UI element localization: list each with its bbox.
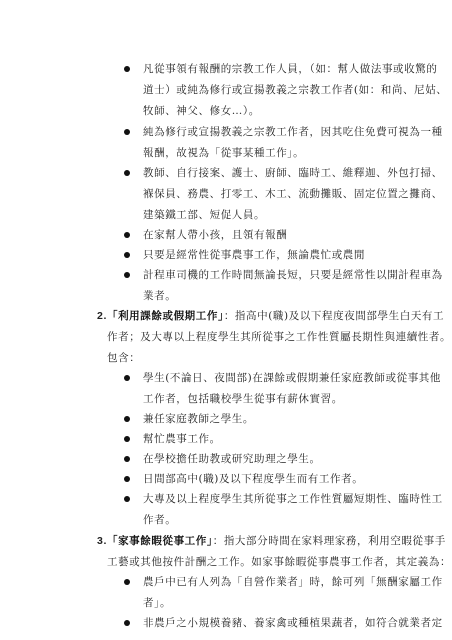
section-desc-line: 包含：	[107, 351, 140, 365]
list-item-line: 在學校擔任助教或研究助理之學生。	[143, 452, 321, 466]
list-item-line: 凡從事領有報酬的宗教工作人員，（如：幫人做法事或收驚的	[143, 62, 437, 76]
list-item-line: 兼任家庭教師之學生。	[143, 412, 254, 426]
list-item-line: 計程車司機的工作時間無論長短，只要是經常性以開計程車為	[143, 268, 443, 282]
bullet-icon	[124, 416, 130, 422]
section3-heading-line: 3.「家事餘暇從事工作」：指大部分時間在家料理家務，利用空暇從事手	[97, 534, 446, 548]
section-number: 2.	[97, 310, 107, 322]
list-item-line: 非農戶之小規模養豬、養家禽或種植果蔬者，如符合就業者定	[143, 616, 443, 630]
bullet-icon	[124, 129, 130, 135]
list-item-line: 牧師、神父、修女…）。	[143, 104, 260, 118]
list-item-line: 學生(不論日、夜間部)在課餘或假期兼任家庭教師或從事其他	[143, 371, 441, 385]
list-item-line: 業者。	[143, 289, 176, 303]
list-item-line: 者」。	[143, 596, 171, 610]
list-item-line: 農戶中已有人列為「自營作業者」時，餘可列「無酬家屬工作	[143, 575, 443, 589]
list-item-line: 道士）或純為修行或宣揚教義之宗教工作者(如：和尚、尼姑、	[143, 83, 447, 97]
section-title: 「利用課餘或假期工作」	[107, 310, 224, 322]
section-number: 3.	[97, 535, 107, 547]
bullet-icon	[124, 456, 130, 462]
bullet-icon	[124, 436, 130, 442]
list-item-line: 報酬，故視為「從事某種工作」。	[143, 146, 304, 160]
list-item-line: 建築鐵工部、短促人員。	[143, 208, 265, 222]
list-item-line: 工作者，包括職校學生從事有薪休實習。	[143, 392, 343, 406]
bullet-icon	[124, 252, 130, 258]
list-item-line: 教師、自行接案、護士、廚師、臨時工、維釋迦、外包打掃、	[143, 166, 443, 180]
bullet-icon	[124, 375, 130, 381]
list-item-line: 日間部高中(職)及以下程度學生而有工作者。	[143, 472, 363, 486]
section-desc: ：指高中(職)及以下程度夜間部學生白天有工	[224, 310, 444, 322]
section-desc: ：指大部分時間在家料理家務，利用空暇從事手	[213, 535, 446, 547]
list-item-line: 純為修行或宣揚教義之宗教工作者，因其吃住免費可視為一種	[143, 125, 443, 139]
bullet-icon	[124, 66, 130, 72]
list-item-line: 褓保員、務農、打零工、木工、流動攤販、固定位置之攤商、	[143, 187, 443, 201]
bullet-icon	[124, 496, 130, 502]
list-item-line: 在家幫人帶小孩，且領有報酬	[143, 228, 287, 242]
bullet-icon	[124, 232, 130, 238]
bullet-icon	[124, 476, 130, 482]
list-item-line: 只要是經常性從事農事工作，無論農忙或農閒	[143, 248, 365, 262]
section-desc-line: 工藝或其他按件計酬之工作。如家事餘暇從事農事工作者，其定義為：	[107, 555, 451, 569]
section2-heading-line: 2.「利用課餘或假期工作」：指高中(職)及以下程度夜間部學生白天有工	[97, 309, 444, 323]
bullet-icon	[124, 272, 130, 278]
bullet-icon	[124, 620, 130, 626]
section-title: 「家事餘暇從事工作」	[107, 535, 213, 547]
section-desc-line: 作者；及大專以上程度學生其所從事之工作性質屬長期性與連續性者。	[107, 330, 451, 344]
bullet-icon	[124, 579, 130, 585]
list-item-line: 作者。	[143, 513, 176, 527]
list-item-line: 幫忙農事工作。	[143, 432, 221, 446]
list-item-line: 大專及以上程度學生其所從事之工作性質屬短期性、臨時性工	[143, 492, 443, 506]
document-page: 凡從事領有報酬的宗教工作人員，（如：幫人做法事或收驚的 道士）或純為修行或宣揚教…	[0, 0, 452, 640]
bullet-icon	[124, 170, 130, 176]
